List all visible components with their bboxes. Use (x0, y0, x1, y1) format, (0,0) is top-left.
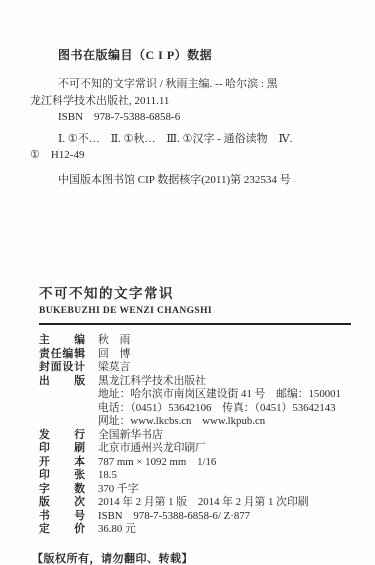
colophon-row: 地址：哈尔滨市南岗区建设街 41 号 邮编：150001 (39, 388, 351, 402)
colophon-label: 开本 (39, 456, 85, 470)
colophon-row: 电话：（0451）53642106 传真：（0451）53642143 (39, 402, 351, 416)
colophon-row: 印张 18.5 (39, 469, 351, 483)
colophon-value: 370 千字 (98, 483, 139, 497)
colophon-row: 发行 全国新华书店 (39, 429, 351, 443)
colophon-row: 主编 秋 雨 (39, 334, 351, 348)
colophon-value: 梁莫言 (98, 361, 130, 375)
colophon-row: 字数 370 千字 (39, 483, 351, 497)
colophon-row: 开本 787 mm × 1092 mm 1/16 (39, 456, 351, 470)
colophon-label: 印张 (39, 469, 85, 483)
colophon-label: 书号 (39, 510, 85, 524)
colophon-label: 发行 (39, 429, 85, 443)
colophon-value: 2014 年 2 月第 1 版 2014 年 2 月第 1 次印刷 (98, 496, 309, 510)
colophon-value: 黑龙江科学技术出版社 (98, 375, 206, 389)
colophon-row: 网址：www.lkcbs.cn www.lkpub.cn (39, 415, 351, 429)
colophon-label: 定价 (39, 523, 85, 537)
colophon-row: 定价 36.80 元 (39, 523, 351, 537)
cip-body: 不可不知的文字常识 / 秋雨主编. -- 哈尔滨 : 黑 龙江科学技术出版社, … (30, 76, 351, 188)
copyright-notice: 【版权所有，请勿翻印、转载】 (32, 550, 351, 565)
book-title-pinyin: BUKEBUZHI DE WENZI CHANGSHI (39, 306, 351, 316)
cip-entry-line-1: 不可不知的文字常识 / 秋雨主编. -- 哈尔滨 : 黑 (30, 76, 351, 93)
book-title: 不可不知的文字常识 (39, 282, 351, 302)
cip-section: 图书在版编目（C I P）数据 不可不知的文字常识 / 秋雨主编. -- 哈尔滨… (30, 46, 351, 188)
colophon-row: 封面设计 梁莫言 (39, 361, 351, 375)
colophon-section: 主编 秋 雨 责任编辑 回 博 封面设计 梁莫言 出版 黑龙江科学技术出版社 地… (39, 334, 351, 537)
colophon-value: ISBN 978-7-5388-6858-6/ Z·877 (98, 510, 250, 524)
colophon-value: 地址：哈尔滨市南岗区建设街 41 号 邮编：150001 (98, 388, 341, 402)
colophon-row: 书号 ISBN 978-7-5388-6858-6/ Z·877 (39, 510, 351, 524)
colophon-value: 北京市通州兴龙印刷厂 (98, 442, 206, 456)
colophon-value: 网址：www.lkcbs.cn www.lkpub.cn (98, 415, 265, 429)
colophon-label (39, 415, 85, 429)
copyright-page: 图书在版编目（C I P）数据 不可不知的文字常识 / 秋雨主编. -- 哈尔滨… (0, 0, 375, 565)
colophon-label: 字数 (39, 483, 85, 497)
colophon-value: 18.5 (98, 469, 117, 483)
colophon-row: 出版 黑龙江科学技术出版社 (39, 375, 351, 389)
colophon-value: 电话：（0451）53642106 传真：（0451）53642143 (98, 402, 336, 416)
colophon-row: 版次 2014 年 2 月第 1 版 2014 年 2 月第 1 次印刷 (39, 496, 351, 510)
colophon-row: 责任编辑 回 博 (39, 348, 351, 362)
colophon-label: 封面设计 (39, 361, 85, 375)
cip-entry-line-2: 龙江科学技术出版社, 2011.11 (30, 93, 351, 110)
colophon-label: 责任编辑 (39, 348, 85, 362)
cip-class-line-1: Ⅰ. ①不… Ⅱ. ①秋… Ⅲ. ①汉字 - 通俗读物 Ⅳ. (30, 131, 351, 148)
colophon-label (39, 388, 85, 402)
colophon-row: 印刷 北京市通州兴龙印刷厂 (39, 442, 351, 456)
cip-class-line-2: ① H12-49 (30, 147, 351, 164)
colophon-label: 出版 (39, 375, 85, 389)
colophon-label (39, 402, 85, 416)
colophon-value: 787 mm × 1092 mm 1/16 (98, 456, 216, 470)
cip-record-line: 中国版本图书馆 CIP 数据核字(2011)第 232534 号 (30, 172, 351, 189)
cip-isbn-line: ISBN 978-7-5388-6858-6 (30, 109, 351, 126)
colophon-label: 主编 (39, 334, 85, 348)
title-divider-rule (39, 323, 351, 325)
colophon-value: 秋 雨 (98, 334, 130, 348)
colophon-value: 回 博 (98, 348, 130, 362)
spacer (30, 164, 351, 172)
colophon-value: 全国新华书店 (98, 429, 163, 443)
colophon-label: 印刷 (39, 442, 85, 456)
cip-heading: 图书在版编目（C I P）数据 (58, 46, 351, 63)
title-section: 不可不知的文字常识 BUKEBUZHI DE WENZI CHANGSHI (39, 282, 351, 325)
colophon-value: 36.80 元 (98, 523, 136, 537)
colophon-label: 版次 (39, 496, 85, 510)
